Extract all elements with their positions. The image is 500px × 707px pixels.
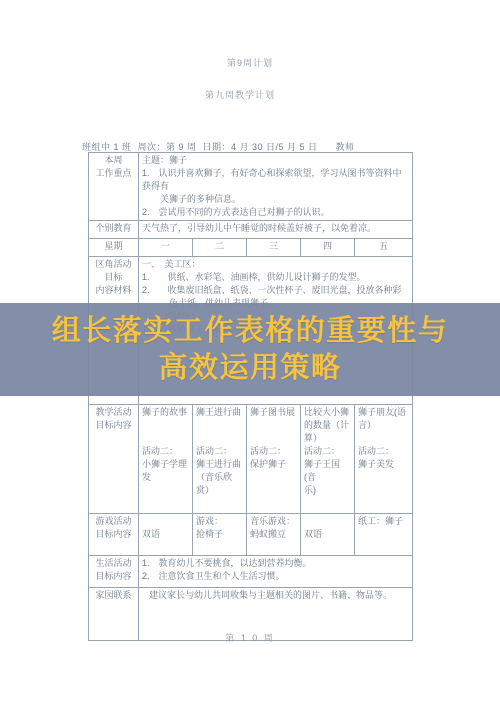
- row-label-individual-education: 个别教育: [89, 221, 139, 239]
- cell-weekly-focus: 主题：狮子 1. 认识并喜欢狮子，有好奇心和探索欲望，学习从图书等资料中获得有 …: [139, 153, 413, 221]
- cell-teaching-thu: 比较大小狮 的数量（计 算） 活动二： 狮子王国(音 乐): [301, 405, 355, 514]
- cell-game-wed: 音乐游戏： 蚂蚁搬豆: [247, 514, 301, 556]
- cell-game-fri: 纸工：狮子: [355, 514, 413, 556]
- row-individual-education: 个别教育 天气热了，引导幼儿中午睡觉的时候盖好被子，以免着凉。: [89, 221, 413, 239]
- cell-game-mon: 双语: [139, 514, 193, 556]
- weekday-tue: 二: [193, 239, 247, 257]
- cell-teaching-fri: 狮子朋友(语 言） 活动二： 狮子美发: [355, 405, 413, 514]
- row-weekdays: 星期 一 二 三 四 五: [89, 239, 413, 257]
- cell-individual-education: 天气热了，引导幼儿中午睡觉的时候盖好被子，以免着凉。: [139, 221, 413, 239]
- weekday-fri: 五: [355, 239, 413, 257]
- row-life-activities: 生活活动 目标内容 1. 教育幼儿不要挑食，以达到营养均衡。 2. 注意饮食卫生…: [89, 556, 413, 588]
- page-footer: 第 1 0 周: [0, 631, 500, 644]
- row-label-weekdays: 星期: [89, 239, 139, 257]
- cell-teaching-mon: 狮子的故事 活动二： 小狮子学理 发: [139, 405, 193, 514]
- weekday-wed: 三: [247, 239, 301, 257]
- weekday-mon: 一: [139, 239, 193, 257]
- row-label-weekly-focus: 本周 工作重点: [89, 153, 139, 221]
- row-label-life-activities: 生活活动 目标内容: [89, 556, 139, 588]
- cell-life-activities: 1. 教育幼儿不要挑食，以达到营养均衡。 2. 注意饮食卫生和个人生活习惯。: [139, 556, 413, 588]
- row-game-activities: 游戏活动 目标内容 双语 游戏： 抢椅子 音乐游戏： 蚂蚁搬豆 双语 纸工：狮子: [89, 514, 413, 556]
- row-teaching-activities: 教学活动 目标内容 狮子的故事 活动二： 小狮子学理 发 狮王进行曲 活动二： …: [89, 405, 413, 514]
- cell-teaching-wed: 狮子图书展 活动二： 保护狮子: [247, 405, 301, 514]
- doc-subtitle: 第九周教学计划: [0, 88, 480, 101]
- row-weekly-focus: 本周 工作重点 主题：狮子 1. 认识并喜欢狮子，有好奇心和探索欲望，学习从图书…: [89, 153, 413, 221]
- overlay-title-line-1: 组长落实工作表格的重要性与: [52, 313, 449, 350]
- cell-game-tue: 游戏： 抢椅子: [193, 514, 247, 556]
- cell-game-thu: 双语: [301, 514, 355, 556]
- weekly-plan-table: 本周 工作重点 主题：狮子 1. 认识并喜欢狮子，有好奇心和探索欲望，学习从图书…: [88, 152, 413, 641]
- cell-teaching-tue: 狮王进行曲 活动二： 狮王进行曲 （音乐欣赏）: [193, 405, 247, 514]
- row-label-game-activities: 游戏活动 目标内容: [89, 514, 139, 556]
- weekday-thu: 四: [301, 239, 355, 257]
- doc-title: 第9周计划: [0, 56, 500, 69]
- overlay-banner: 组长落实工作表格的重要性与 高效运用策略: [0, 303, 500, 396]
- overlay-title-line-2: 高效运用策略: [158, 350, 341, 387]
- row-label-teaching-activities: 教学活动 目标内容: [89, 405, 139, 514]
